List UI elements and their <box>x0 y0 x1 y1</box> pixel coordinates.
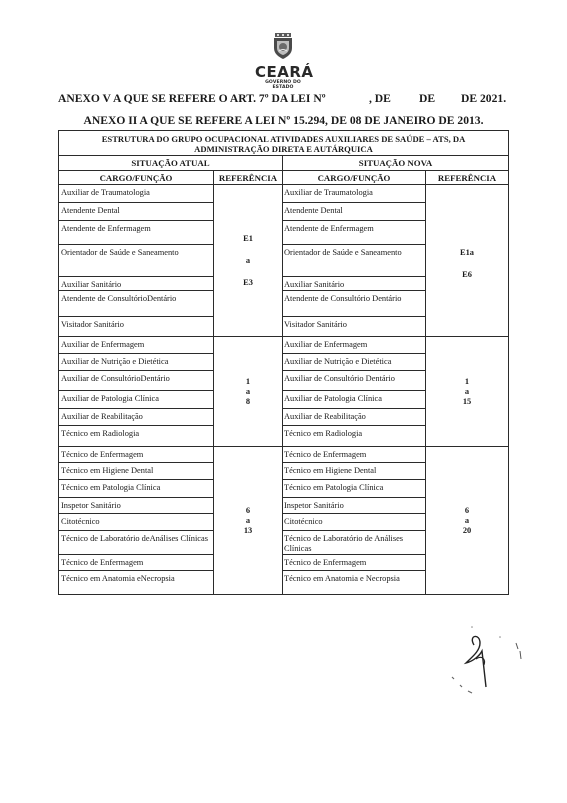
annex-v-text: ANEXO V A QUE SE REFERE O ART. 7º DA LEI… <box>58 92 326 105</box>
cargo-nova-cell: Auxiliar de Patologia Clínica <box>283 391 426 409</box>
cargo-nova-cell: Auxiliar Sanitário <box>283 277 426 291</box>
cargo-nova-cell: Auxiliar de Consultório Dentário <box>283 371 426 391</box>
referencia-atual-value: a <box>246 387 250 397</box>
referencia-nova-value: a <box>463 516 471 526</box>
cargo-nova-cell: Orientador de Saúde e Saneamento <box>283 245 426 277</box>
referencia-nova-cell: E1aE6 <box>426 185 509 337</box>
referencia-atual-value: a <box>244 516 252 526</box>
referencia-nova-value: E1a <box>460 242 474 264</box>
cargo-nova-cell: Atendente de Enfermagem <box>283 221 426 245</box>
cargo-atual-cell: Técnico em Anatomia eNecropsia <box>59 571 214 595</box>
handwritten-signature-icon <box>440 615 530 705</box>
cargo-nova-cell: Técnico de Enfermagem <box>283 555 426 571</box>
cargo-atual-cell: Técnico em Patologia Clínica <box>59 480 214 498</box>
cargo-nova-cell: Atendente Dental <box>283 203 426 221</box>
situacao-nova-header: SITUAÇÃO NOVA <box>283 156 509 171</box>
table-title-line2: ADMINISTRAÇÃO DIRETA E AUTÁRQUICA <box>59 144 508 154</box>
cargo-nova-cell: Técnico em Patologia Clínica <box>283 480 426 498</box>
referencia-nova-cell: 1a15 <box>426 337 509 447</box>
referencia-nova-value: 20 <box>463 526 471 536</box>
table-title-line1: ESTRUTURA DO GRUPO OCUPACIONAL ATIVIDADE… <box>59 134 508 144</box>
cargo-nova-cell: Técnico de Laboratório de Análises Clíni… <box>283 531 426 555</box>
cargo-atual-cell: Técnico em Radiologia <box>59 426 214 447</box>
cargo-nova-cell: Atendente de Consultório Dentário <box>283 291 426 317</box>
cargo-atual-cell: Atendente Dental <box>59 203 214 221</box>
referencia-atual-cell: 1a8 <box>214 337 283 447</box>
cargo-nova-cell: Inspetor Sanitário <box>283 498 426 514</box>
cargo-nova-cell: Técnico em Radiologia <box>283 426 426 447</box>
cargo-atual-cell: Auxiliar de Patologia Clínica <box>59 391 214 409</box>
cargo-nova-cell: Visitador Sanitário <box>283 317 426 337</box>
brand-subtitle: GOVERNO DO ESTADO <box>255 80 311 90</box>
referencia-atual-value: E1 <box>243 228 253 250</box>
cargo-atual-cell: Técnico de Enfermagem <box>59 555 214 571</box>
referencia-nova-value: 15 <box>463 397 471 407</box>
cargo-atual-cell: Auxiliar de ConsultórioDentário <box>59 371 214 391</box>
referencia-nova-cell: 6a20 <box>426 447 509 595</box>
cargo-atual-cell: Técnico de Laboratório deAnálises Clínic… <box>59 531 214 555</box>
table-row: Auxiliar de TraumatologiaE1aE3Auxiliar d… <box>59 185 509 203</box>
cargo-nova-cell: Técnico de Enfermagem <box>283 447 426 463</box>
cargo-nova-cell: Auxiliar de Nutrição e Dietética <box>283 354 426 371</box>
annex-v-date-de1: , DE <box>369 92 391 105</box>
referencia-nova-value: E6 <box>460 264 474 286</box>
cargo-atual-cell: Citotécnico <box>59 514 214 531</box>
column-header-cargo-nova: CARGO/FUNÇÃO <box>283 171 426 185</box>
cargo-atual-cell: Orientador de Saúde e Saneamento <box>59 245 214 277</box>
referencia-atual-value: E3 <box>243 272 253 294</box>
table-title: ESTRUTURA DO GRUPO OCUPACIONAL ATIVIDADE… <box>59 131 509 156</box>
annex-v-year: DE 2021. <box>461 92 506 105</box>
column-header-cargo-atual: CARGO/FUNÇÃO <box>59 171 214 185</box>
referencia-atual-cell: E1aE3 <box>214 185 283 337</box>
referencia-atual-value: 6 <box>244 506 252 516</box>
cargo-nova-cell: Técnico em Higiene Dental <box>283 463 426 480</box>
cargo-atual-cell: Técnico de Enfermagem <box>59 447 214 463</box>
cargo-nova-cell: Citotécnico <box>283 514 426 531</box>
referencia-nova-value: 6 <box>463 506 471 516</box>
referencia-atual-value: 8 <box>246 397 250 407</box>
state-coat-of-arms-icon <box>272 33 294 59</box>
column-header-referencia-atual: REFERÊNCIA <box>214 171 283 185</box>
cargo-atual-cell: Auxiliar de Traumatologia <box>59 185 214 203</box>
state-logo: CEARÁ GOVERNO DO ESTADO <box>255 33 311 90</box>
referencia-atual-cell: 6a13 <box>214 447 283 595</box>
cargo-atual-cell: Inspetor Sanitário <box>59 498 214 514</box>
cargo-nova-cell: Auxiliar de Reabilitação <box>283 409 426 426</box>
cargo-atual-cell: Atendente de Enfermagem <box>59 221 214 245</box>
cargo-atual-cell: Técnico em Higiene Dental <box>59 463 214 480</box>
referencia-nova-value: a <box>463 387 471 397</box>
cargo-nova-cell: Auxiliar de Traumatologia <box>283 185 426 203</box>
referencia-atual-value: 1 <box>246 377 250 387</box>
referencia-nova-value: 1 <box>463 377 471 387</box>
annex-v-date-de2: DE <box>419 92 435 105</box>
table-row: Auxiliar de Enfermagem1a8Auxiliar de Enf… <box>59 337 509 354</box>
cargo-atual-cell: Atendente de ConsultórioDentário <box>59 291 214 317</box>
cargo-nova-cell: Técnico em Anatomia e Necropsia <box>283 571 426 595</box>
cargo-atual-cell: Auxiliar de Reabilitação <box>59 409 214 426</box>
cargo-atual-cell: Auxiliar de Nutrição e Dietética <box>59 354 214 371</box>
cargo-atual-cell: Auxiliar de Enfermagem <box>59 337 214 354</box>
cargo-atual-cell: Auxiliar Sanitário <box>59 277 214 291</box>
table-row: Técnico de Enfermagem6a13Técnico de Enfe… <box>59 447 509 463</box>
column-header-referencia-nova: REFERÊNCIA <box>426 171 509 185</box>
referencia-atual-value: 13 <box>244 526 252 536</box>
cargo-atual-cell: Visitador Sanitário <box>59 317 214 337</box>
brand-name: CEARÁ <box>255 65 311 80</box>
referencia-atual-value: a <box>243 250 253 272</box>
cargo-nova-cell: Auxiliar de Enfermagem <box>283 337 426 354</box>
annex-ii-heading: ANEXO II A QUE SE REFERE A LEI Nº 15.294… <box>0 114 567 127</box>
situacao-atual-header: SITUAÇÃO ATUAL <box>59 156 283 171</box>
occupational-structure-table: ESTRUTURA DO GRUPO OCUPACIONAL ATIVIDADE… <box>58 130 509 595</box>
